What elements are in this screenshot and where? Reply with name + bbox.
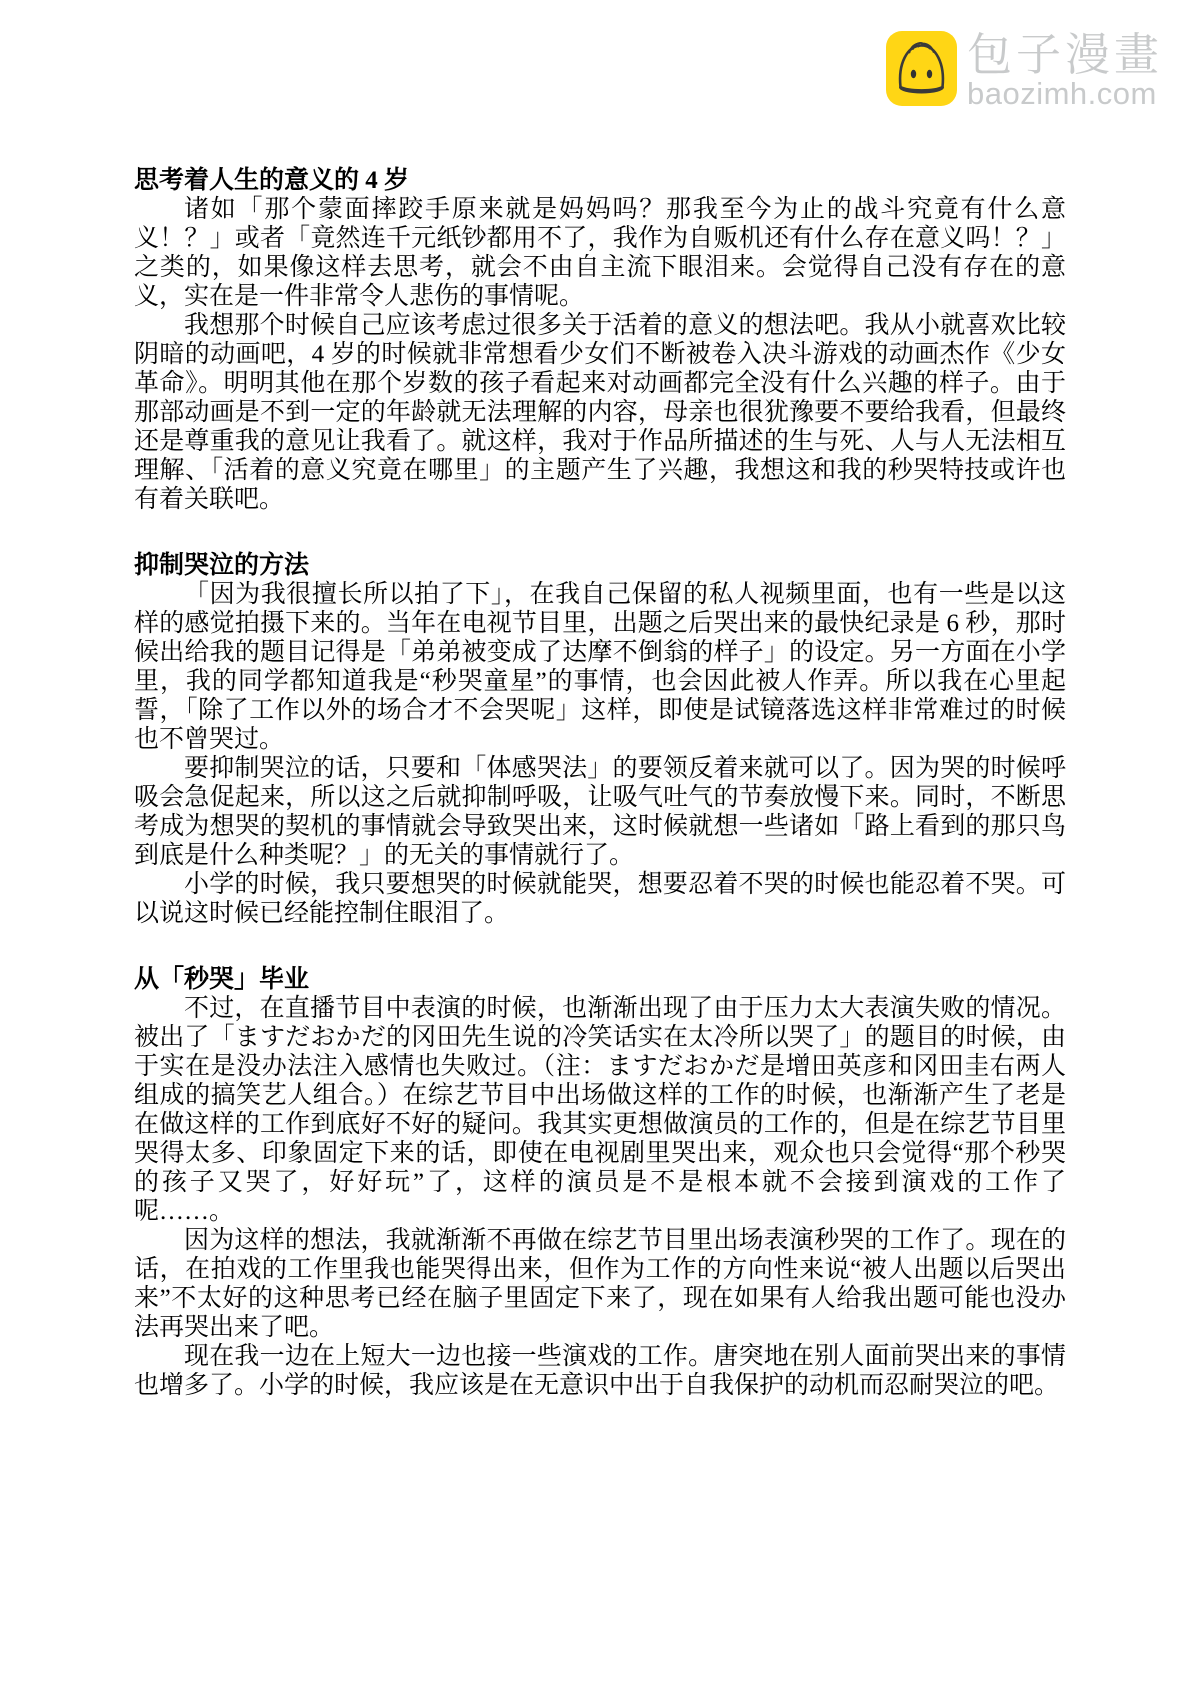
section-suppress-crying: 抑制哭泣的方法 「因为我很擅长所以拍了下」，在我自己保留的私人视频里面，也有一些… <box>134 551 1066 928</box>
article-body: 思考着人生的意义的 4 岁 诸如「那个蒙面摔跤手原来就是妈妈吗？那我至今为止的战… <box>134 166 1066 1400</box>
section-title: 思考着人生的意义的 4 岁 <box>134 166 1066 195</box>
baozimh-logo: 包子漫畫 baozimh.com <box>886 31 1163 109</box>
logo-site-domain: baozimh.com <box>967 78 1157 109</box>
paragraph: 小学的时候，我只要想哭的时候就能哭，想要忍着不哭的时候也能忍着不哭。可以说这时候… <box>134 870 1066 928</box>
paragraph: 因为这样的想法，我就渐渐不再做在综艺节目里出场表演秒哭的工作了。现在的话，在拍戏… <box>134 1226 1066 1342</box>
paragraph: 我想那个时候自己应该考虑过很多关于活着的意义的想法吧。我从小就喜欢比较阴暗的动画… <box>134 311 1066 514</box>
document-page: 包子漫畫 baozimh.com 思考着人生的意义的 4 岁 诸如「那个蒙面摔跤… <box>0 0 1200 1697</box>
logo-text: 包子漫畫 baozimh.com <box>967 31 1163 109</box>
paragraph: 诸如「那个蒙面摔跤手原来就是妈妈吗？那我至今为止的战斗究竟有什么意义！？」或者「… <box>134 195 1066 311</box>
paragraph: 现在我一边在上短大一边也接一些演戏的工作。唐突地在别人面前哭出来的事情也增多了。… <box>134 1342 1066 1400</box>
paragraph: 要抑制哭泣的话，只要和「体感哭法」的要领反着来就可以了。因为哭的时候呼吸会急促起… <box>134 754 1066 870</box>
section-graduating-instant-crying: 从「秒哭」毕业 不过，在直播节目中表演的时候，也渐渐出现了由于压力太大表演失败的… <box>134 965 1066 1400</box>
baozi-bun-icon <box>886 31 957 107</box>
section-thinking-about-life: 思考着人生的意义的 4 岁 诸如「那个蒙面摔跤手原来就是妈妈吗？那我至今为止的战… <box>134 166 1066 514</box>
paragraph: 「因为我很擅长所以拍了下」，在我自己保留的私人视频里面，也有一些是以这样的感觉拍… <box>134 580 1066 754</box>
paragraph: 不过，在直播节目中表演的时候，也渐渐出现了由于压力太大表演失败的情况。被出了「ま… <box>134 994 1066 1226</box>
section-title: 抑制哭泣的方法 <box>134 551 1066 580</box>
logo-site-name: 包子漫畫 <box>967 31 1163 78</box>
section-title: 从「秒哭」毕业 <box>134 965 1066 994</box>
